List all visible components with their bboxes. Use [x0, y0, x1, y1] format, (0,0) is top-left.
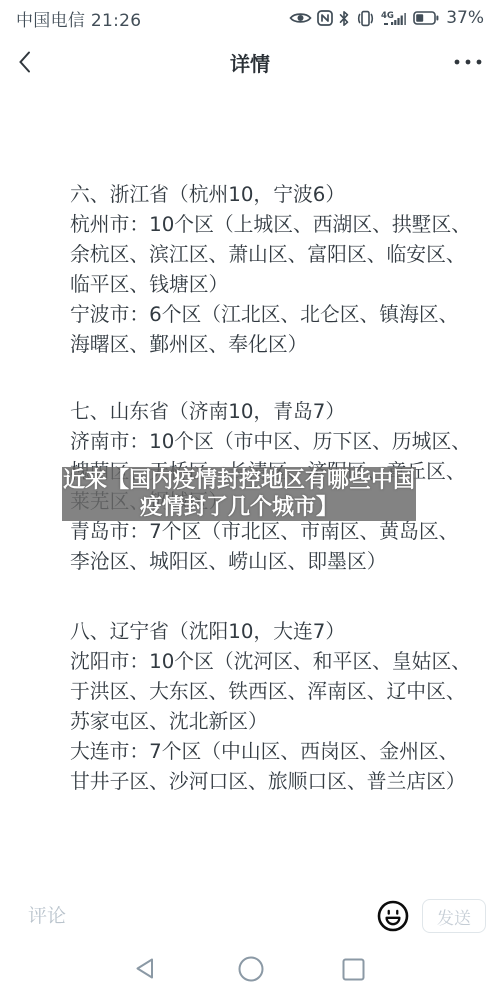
text-line: 六、浙江省（杭州10，宁波6）: [70, 180, 470, 210]
triangle-back-icon: [131, 956, 157, 981]
android-home-button[interactable]: [238, 956, 264, 982]
comment-bar: 发送: [0, 892, 500, 940]
status-bar: 中国电信 21:26 4G: [0, 0, 500, 34]
android-nav-bar: [0, 942, 500, 986]
eye-icon: [289, 11, 312, 25]
text-line: 青岛市：7个区（市北区、市南区、黄岛区、: [70, 517, 470, 547]
android-recent-button[interactable]: [342, 958, 365, 981]
section-zhejiang: 六、浙江省（杭州10，宁波6） 杭州市：10个区（上城区、西湖区、拱墅区、 余杭…: [70, 180, 470, 360]
more-icon: [454, 59, 482, 65]
caption-overlay: 近来【国内疫情封控地区有哪些中国 疫情封了几个城市】: [62, 467, 416, 521]
nav-bar: 详情: [0, 40, 500, 84]
text-line: 李沧区、城阳区、崂山区、即墨区）: [70, 547, 470, 577]
text-line: 宁波市：6个区（江北区、北仑区、镇海区、: [70, 300, 470, 330]
text-line: 临平区、钱塘区）: [70, 270, 470, 300]
bluetooth-icon: [338, 10, 350, 27]
smiley-icon: [376, 899, 410, 933]
battery-percent: 37%: [446, 8, 484, 28]
text-line: 八、辽宁省（沈阳10，大连7）: [70, 617, 470, 647]
text-line: 余杭区、滨江区、萧山区、富阳区、临安区、: [70, 240, 470, 270]
back-button[interactable]: [18, 50, 31, 74]
text-line: 大连市：7个区（中山区、西岗区、金州区、: [70, 737, 470, 767]
square-recent-icon: [342, 958, 365, 981]
page-title: 详情: [0, 48, 500, 77]
phone-screen: 中国电信 21:26 4G: [0, 0, 500, 986]
svg-text:4G: 4G: [381, 11, 394, 21]
text-line: 海曙区、鄞州区、奉化区）: [70, 330, 470, 360]
comment-input[interactable]: [14, 905, 368, 927]
vibrate-icon: [355, 10, 376, 27]
text-line: 济南市：10个区（市中区、历下区、历城区、: [70, 427, 470, 457]
text-line: 七、山东省（济南10，青岛7）: [70, 397, 470, 427]
nfc-icon: [317, 10, 333, 26]
text-line: 杭州市：10个区（上城区、西湖区、拱墅区、: [70, 210, 470, 240]
text-line: 甘井子区、沙河口区、旅顺口区、普兰店区）: [70, 767, 470, 797]
text-line: 于洪区、大东区、铁西区、浑南区、辽中区、: [70, 677, 470, 707]
circle-home-icon: [238, 956, 264, 982]
more-button[interactable]: [454, 59, 482, 65]
caption-line-2: 疫情封了几个城市】: [62, 494, 416, 521]
section-liaoning: 八、辽宁省（沈阳10，大连7） 沈阳市：10个区（沈河区、和平区、皇姑区、 于洪…: [70, 617, 470, 797]
send-button[interactable]: 发送: [422, 899, 486, 933]
emoji-button[interactable]: [376, 899, 410, 933]
signal-4g-icon: 4G: [381, 10, 408, 27]
android-back-button[interactable]: [131, 956, 157, 981]
status-icon-cluster: 4G 37%: [289, 8, 484, 28]
carrier-time: 中国电信 21:26: [16, 6, 141, 31]
text-line: 沈阳市：10个区（沈河区、和平区、皇姑区、: [70, 647, 470, 677]
battery-icon: [413, 11, 439, 25]
chevron-left-icon: [18, 50, 31, 74]
text-line: 苏家屯区、沈北新区）: [70, 707, 470, 737]
caption-line-1: 近来【国内疫情封控地区有哪些中国: [62, 467, 416, 494]
